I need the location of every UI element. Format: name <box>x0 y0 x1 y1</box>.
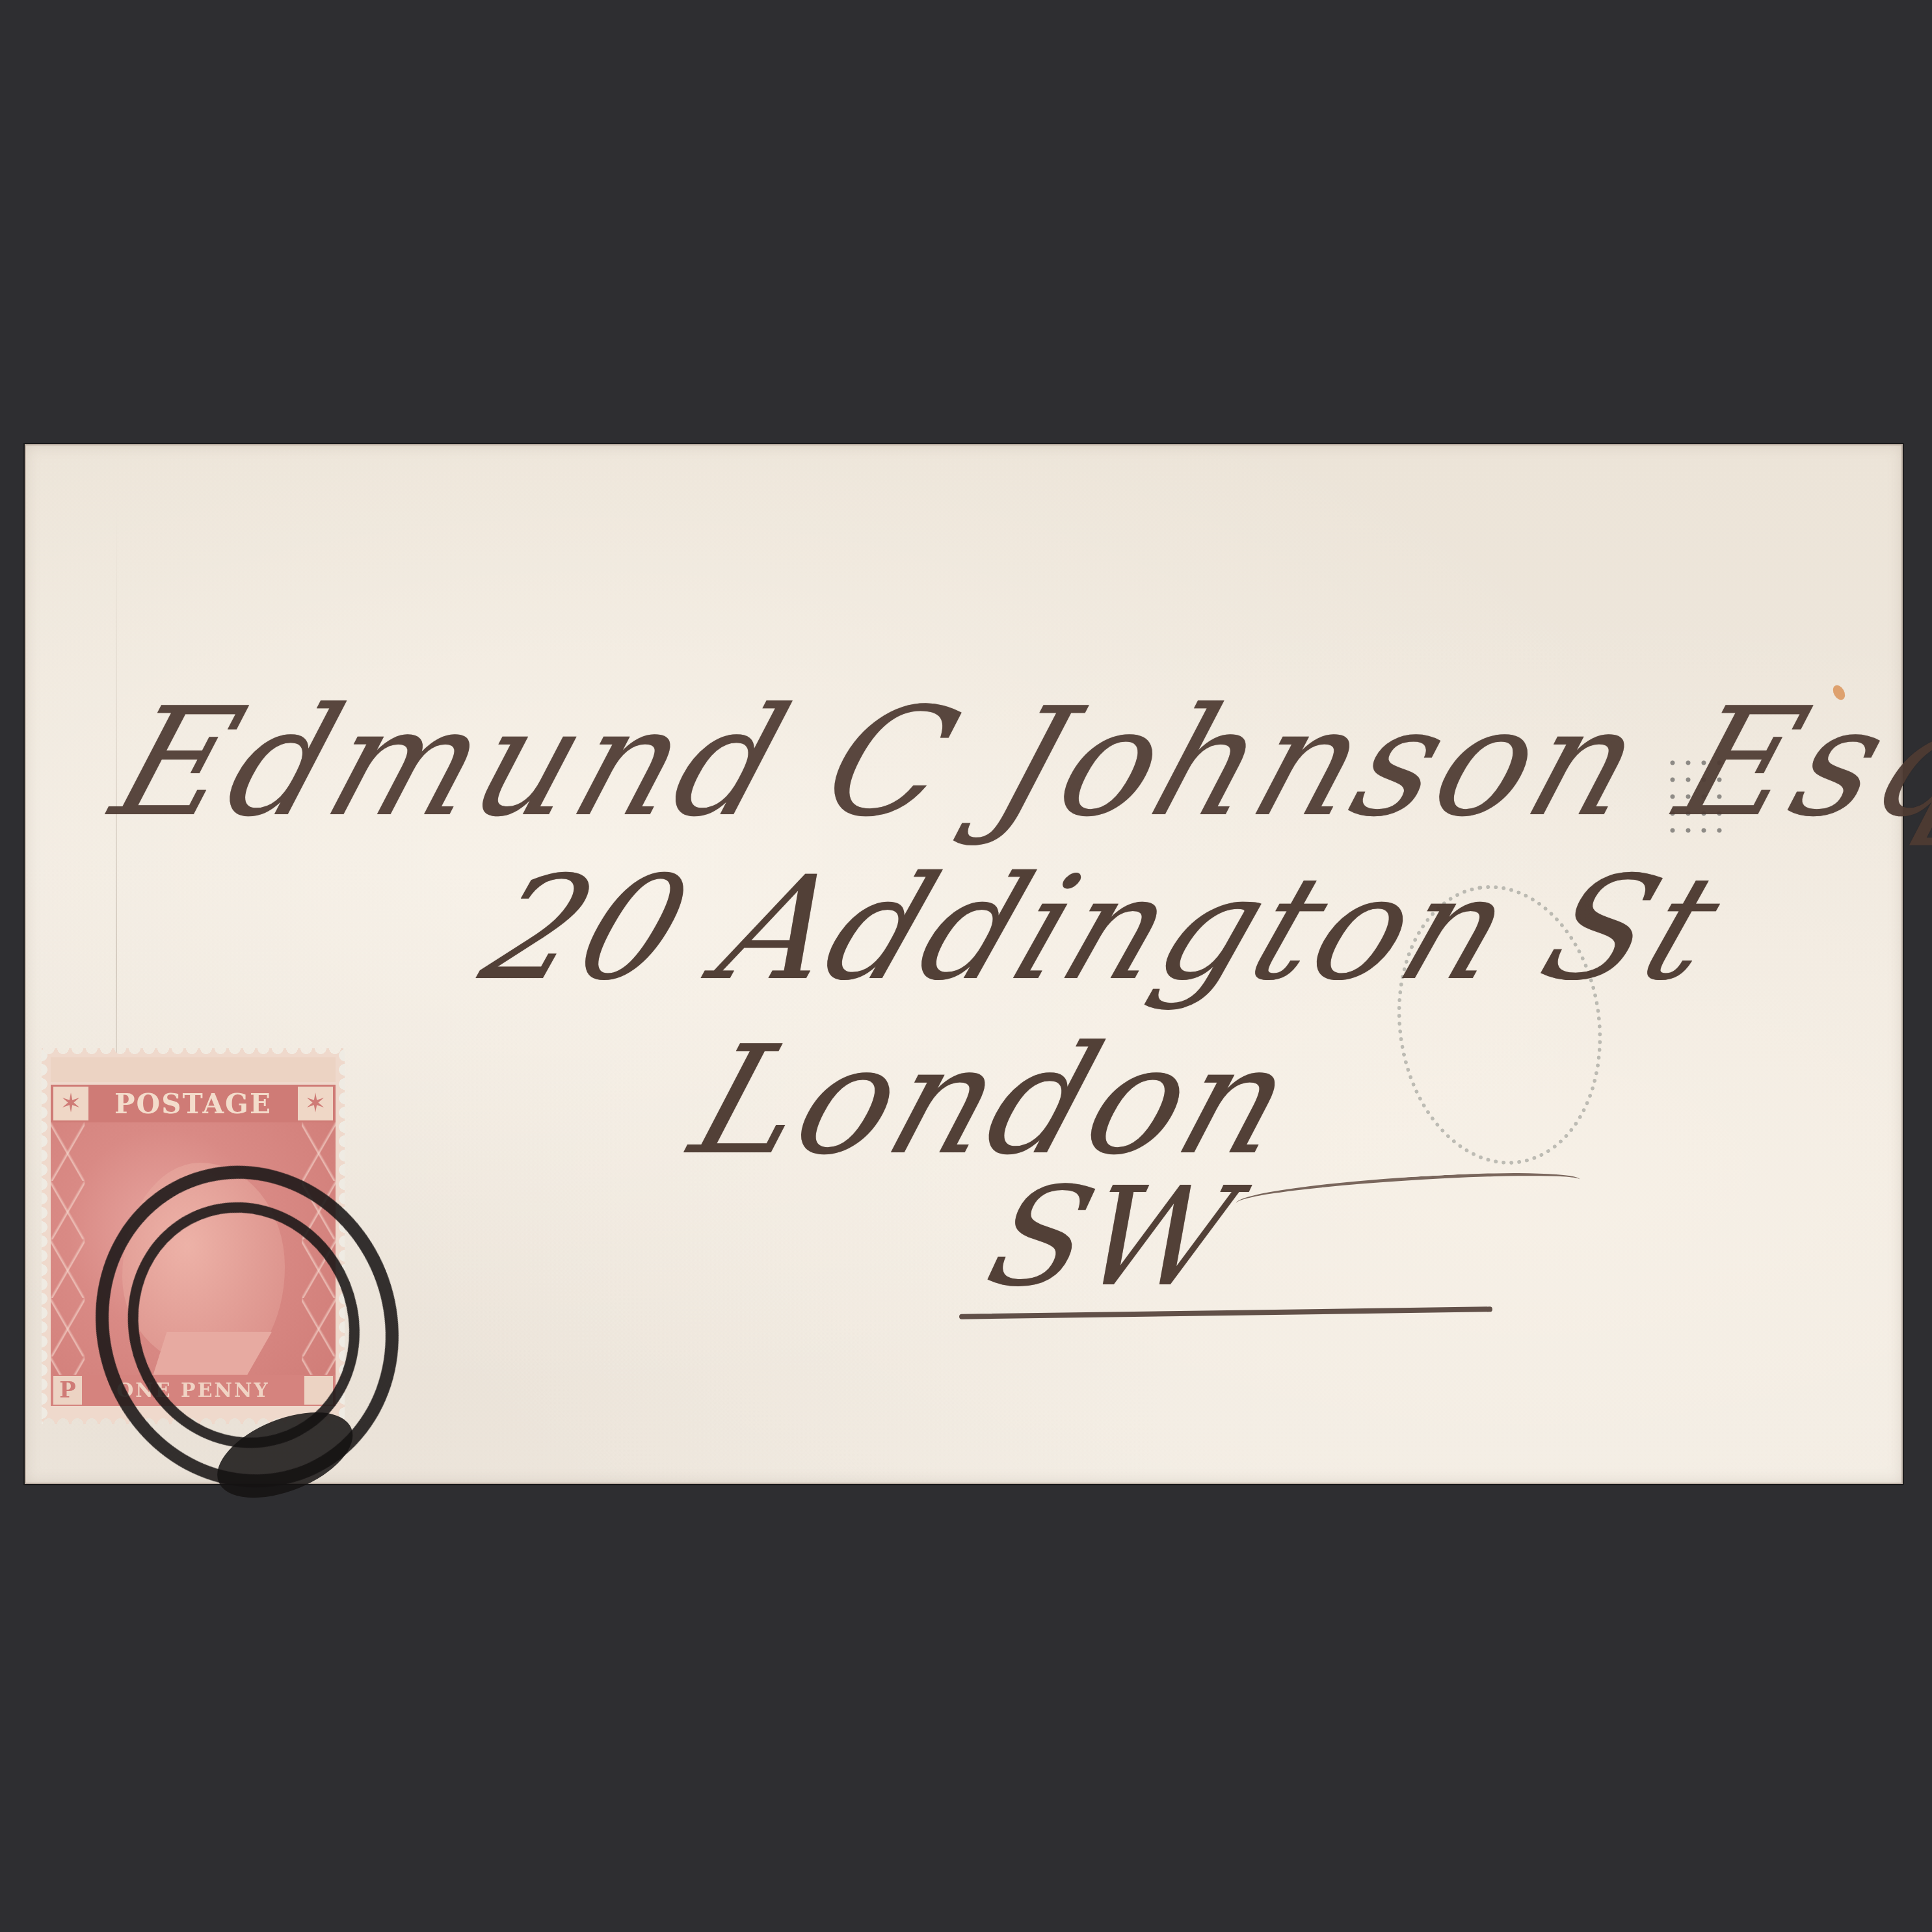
stamp-design: ✶ POSTAGE ✶ P ONE PENNY <box>51 1085 336 1406</box>
stamp-corner-letter-right <box>304 1376 333 1405</box>
stamp-header: ✶ POSTAGE ✶ <box>51 1085 336 1122</box>
stamp-corner-letter-left: P <box>53 1376 82 1405</box>
stamp-lattice-right <box>302 1122 336 1380</box>
star-ornament-icon: ✶ <box>298 1087 333 1120</box>
stamp-value-label: ONE PENNY <box>85 1379 302 1402</box>
stamp-margin <box>51 1057 336 1082</box>
stamp-value-band: P ONE PENNY <box>51 1375 336 1406</box>
star-ornament-icon: ✶ <box>53 1087 88 1120</box>
address-district: SW <box>973 1158 1250 1317</box>
postage-stamp: ✶ POSTAGE ✶ P ONE PENNY <box>42 1048 345 1424</box>
address-street: 20 Addington St <box>464 845 1743 1012</box>
stamp-lattice-left <box>51 1122 85 1380</box>
stamp-postage-label: POSTAGE <box>91 1088 295 1120</box>
address-recipient-name: Edmund C Johnson Esq <box>96 676 1932 850</box>
